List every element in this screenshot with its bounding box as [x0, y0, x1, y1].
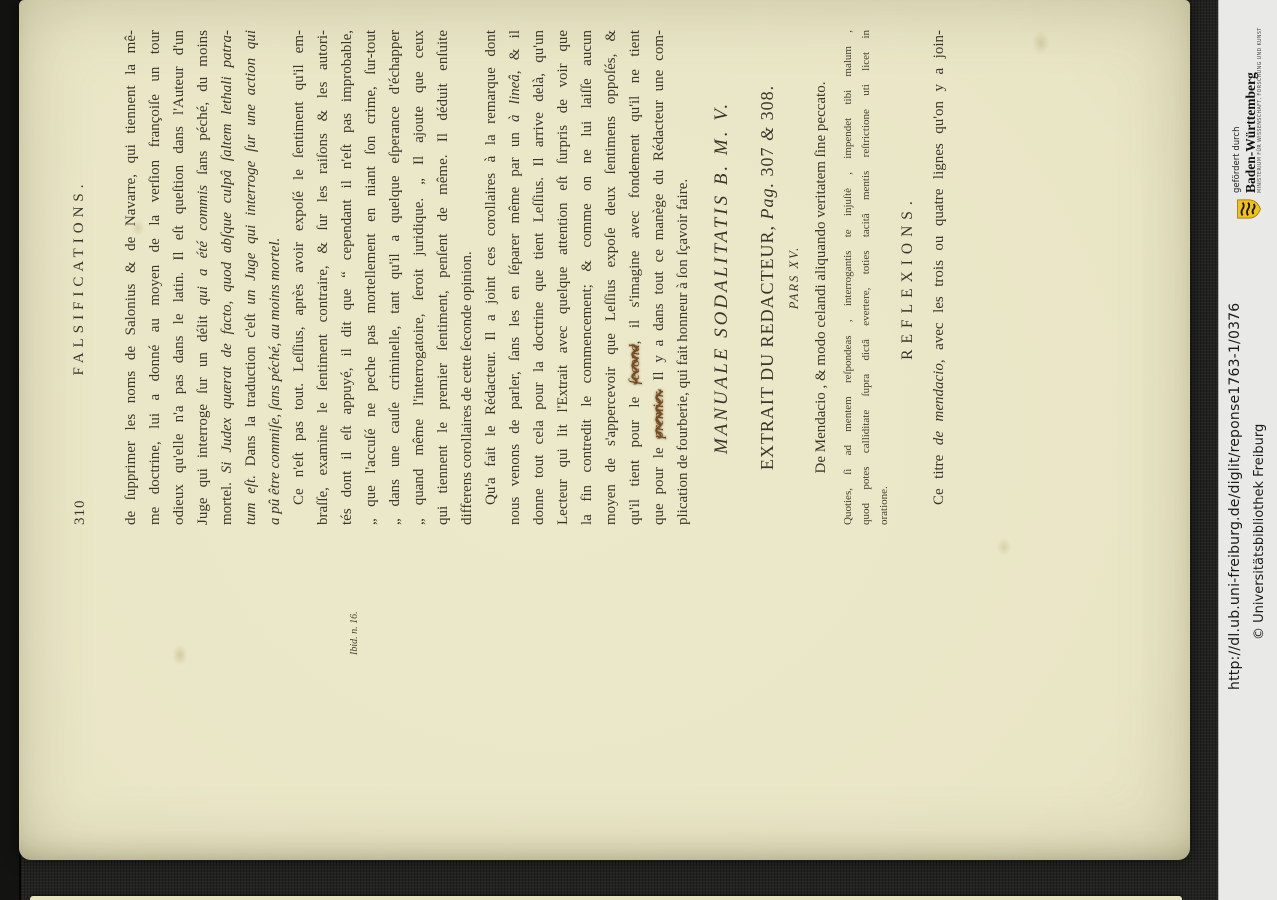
body-line: Qu'a fait le Rédacteur. Il a joint ces c…	[479, 30, 503, 525]
funding-texts: gefördert durch Baden-Württemberg MINIST…	[1233, 27, 1264, 193]
body-line: tum eſt. Dans la traduction c'eſt un Jug…	[239, 30, 263, 525]
body-line: Ce n'eſt pas tout. Leſſius, après avoir …	[287, 30, 311, 525]
scanner-background-band	[0, 0, 21, 900]
body-line: qu'il tient pour le ſecond, il s'imagine…	[623, 30, 647, 525]
scanned-page-holder: Ibid. n. 16. 310 FALSIFICATIONS. de ſupp…	[19, 0, 1190, 860]
text-segment: 307	[757, 141, 777, 182]
state-wordmark: Baden-Württemberg	[1243, 72, 1259, 193]
text-segment: donne tout cela pour la doctrine que tie…	[531, 30, 547, 525]
page-number: 310	[72, 500, 89, 526]
text-segment: differens corollaires de cette ſeconde o…	[459, 251, 475, 525]
metadata-strip: gefördert durch Baden-Württemberg MINIST…	[1218, 0, 1277, 900]
text-segment: , il s'imagine avec fondement qu'il ne t…	[627, 30, 643, 344]
text-segment: Il y a dans tout ce manège du Rédacteur …	[651, 30, 667, 390]
heading-extrait: EXTRAIT DU REDACTEUR, Pag. 307 & 308.	[757, 30, 781, 525]
text-segment: a pû être commiſe, ſans péché, au moins …	[267, 238, 283, 525]
text-segment: à lineâ	[507, 74, 523, 122]
text-segment: „ quand même l'interrogatoire, ſeroit ju…	[411, 30, 427, 525]
body-line: tés dont il eſt appuyé, il dit que “ cep…	[335, 30, 359, 525]
heading-reflexions: REFLEXIONS.	[899, 30, 921, 525]
text-segment: ſans péché, du moins	[195, 30, 211, 185]
paper-stain	[1029, 26, 1053, 60]
metadata-strip-content: gefördert durch Baden-Württemberg MINIST…	[1219, 0, 1277, 900]
text-segment: la fin contredit le commencement; & comm…	[579, 30, 595, 525]
text-segment: „ dans une cauſe criminelle, tant qu'il …	[387, 30, 403, 525]
handwritten-correction: premier.	[651, 390, 667, 439]
body-line: qui tiennent le premier ſentiment, penſe…	[431, 30, 455, 525]
text-segment: qu'il tient pour le	[627, 384, 643, 525]
text-segment: braſſe, examine le ſentiment contraire, …	[315, 30, 331, 525]
text-segment: mortel.	[219, 473, 235, 525]
text-segment: , avec les trois ou quatre lignes qu'on …	[931, 30, 947, 363]
body-line: me doctrine, lui a donné au moyen de la …	[143, 30, 167, 525]
text-segment: Quoties, ſi ad mentem reſpondeas , inter…	[842, 30, 854, 525]
body-line: Lecteur qui lit l'Extrait avec quelque a…	[551, 30, 575, 525]
text-segment: EXTRAIT DU REDACTEUR,	[757, 219, 777, 470]
text-segment: que pour le	[651, 439, 667, 525]
body-line: que pour le premier. Il y a dans tout ce…	[647, 30, 671, 525]
text-segment: de ſupprimer les noms de Salonius & de N…	[123, 30, 139, 525]
text-segment: Ce n'eſt pas tout. Leſſius, après avoir …	[291, 30, 307, 505]
funding-block: gefördert durch Baden-Württemberg MINIST…	[1220, 5, 1277, 220]
text-segment: oratione.	[878, 486, 890, 525]
copyright-notice: © Universitätsbibliothek Freiburg	[1252, 424, 1267, 640]
funding-label: gefördert durch	[1233, 127, 1243, 193]
paper-stain	[169, 640, 191, 670]
text-segment: Si Judex quærat de facto, quod abſque cu…	[219, 30, 235, 473]
text-segment: un Juge qui interroge ſur une action qui	[243, 30, 259, 305]
body-line: a pû être commiſe, ſans péché, au moins …	[263, 30, 287, 525]
text-segment: Pag.	[757, 182, 777, 220]
digitization-url: http://dl.ub.uni-freiburg.de/diglit/repo…	[1227, 303, 1243, 690]
ministry-label: MINISTERIUM FÜR WISSENSCHAFT, FORSCHUNG …	[1258, 27, 1264, 193]
text-segment: Juge qui interroge ſur un délit	[195, 305, 211, 525]
running-title: FALSIFICATIONS.	[71, 30, 88, 525]
text-segment: moyen de s'appercevoir que Leſſius expoſ…	[603, 30, 619, 525]
body-line: Juge qui interroge ſur un délit qui a ét…	[191, 30, 215, 525]
text-segment: tum eſt.	[243, 475, 259, 525]
scan-viewport: Ibid. n. 16. 310 FALSIFICATIONS. de ſupp…	[0, 0, 1277, 900]
text-segment: qui a été commis	[195, 185, 211, 305]
body-line: la fin contredit le commencement; & comm…	[575, 30, 599, 525]
text-segment: Qu'a fait le Rédacteur. Il a joint ces c…	[483, 30, 499, 505]
body-line: „ quand même l'interrogatoire, ſeroit ju…	[407, 30, 431, 525]
margin-note: Ibid. n. 16.	[349, 537, 360, 655]
body-line: nous venons de parler, ſans les en ſépar…	[503, 30, 527, 525]
text-segment: , & il	[507, 30, 523, 74]
text-segment: plication de fourberie, qui fait honneur…	[675, 179, 691, 525]
body-line: mortel. Si Judex quærat de facto, quod a…	[215, 30, 239, 525]
page-header: 310 FALSIFICATIONS.	[71, 30, 93, 525]
text-segment: de mendacio	[931, 363, 947, 445]
closing-line: Ce titre de mendacio, avec les trois ou …	[931, 30, 955, 525]
text-segment: qui tiennent le premier ſentiment, penſe…	[435, 30, 451, 525]
body-line: differens corollaires de cette ſeconde o…	[455, 30, 479, 525]
latin-line: oratione.	[875, 30, 893, 525]
bw-coat-of-arms-icon	[1236, 198, 1262, 220]
text-segment: nous venons de parler, ſans les en ſépar…	[507, 122, 523, 525]
text-segment: Ce titre	[931, 445, 947, 505]
body-line: plication de fourberie, qui fait honneur…	[671, 30, 695, 525]
body-line: „ que l'accuſé ne peche pas mortellement…	[359, 30, 383, 525]
body-text: de ſupprimer les noms de Salonius & de N…	[119, 30, 695, 525]
text-segment: quod potes calliditate ſupra dictâ evert…	[860, 30, 872, 525]
body-line: donne tout cela pour la doctrine que tie…	[527, 30, 551, 525]
body-line: „ dans une cauſe criminelle, tant qu'il …	[383, 30, 407, 525]
text-segment: Lecteur qui lit l'Extrait avec quelque a…	[555, 30, 571, 525]
body-line: moyen de s'appercevoir que Leſſius expoſ…	[599, 30, 623, 525]
text-segment: Dans la traduction c'eſt	[243, 305, 259, 475]
heading-pars: PARS XV.	[787, 30, 803, 525]
text-segment: &	[757, 126, 777, 141]
heading-de-mendacio: De Mendacio , & modo celandi aliquando v…	[813, 30, 833, 525]
handwritten-correction: ſecond	[627, 344, 643, 384]
paper-stain	[994, 534, 1014, 560]
text-segment: „ que l'accuſé ne peche pas mortellement…	[363, 30, 379, 525]
latin-quote: Quoties, ſi ad mentem reſpondeas , inter…	[839, 30, 893, 525]
body-line: braſſe, examine le ſentiment contraire, …	[311, 30, 335, 525]
text-segment: odieux qu'elle n'a pas dans le latin. Il…	[171, 30, 187, 525]
text-segment: tés dont il eſt appuyé, il dit que “ cep…	[339, 30, 355, 525]
text-column: 310 FALSIFICATIONS. de ſupprimer les nom…	[19, 30, 955, 525]
text-segment: me doctrine, lui a donné au moyen de la …	[147, 30, 163, 525]
latin-line: Quoties, ſi ad mentem reſpondeas , inter…	[839, 30, 857, 525]
heading-manuale: MANUALE SODALITATIS B. M. V.	[711, 30, 737, 525]
text-segment: 308.	[757, 85, 777, 126]
scanned-page: Ibid. n. 16. 310 FALSIFICATIONS. de ſupp…	[19, 0, 1190, 860]
latin-line: quod potes calliditate ſupra dictâ evert…	[857, 30, 875, 525]
body-line: de ſupprimer les noms de Salonius & de N…	[119, 30, 143, 525]
body-line: odieux qu'elle n'a pas dans le latin. Il…	[167, 30, 191, 525]
next-page-edge	[30, 896, 1182, 900]
